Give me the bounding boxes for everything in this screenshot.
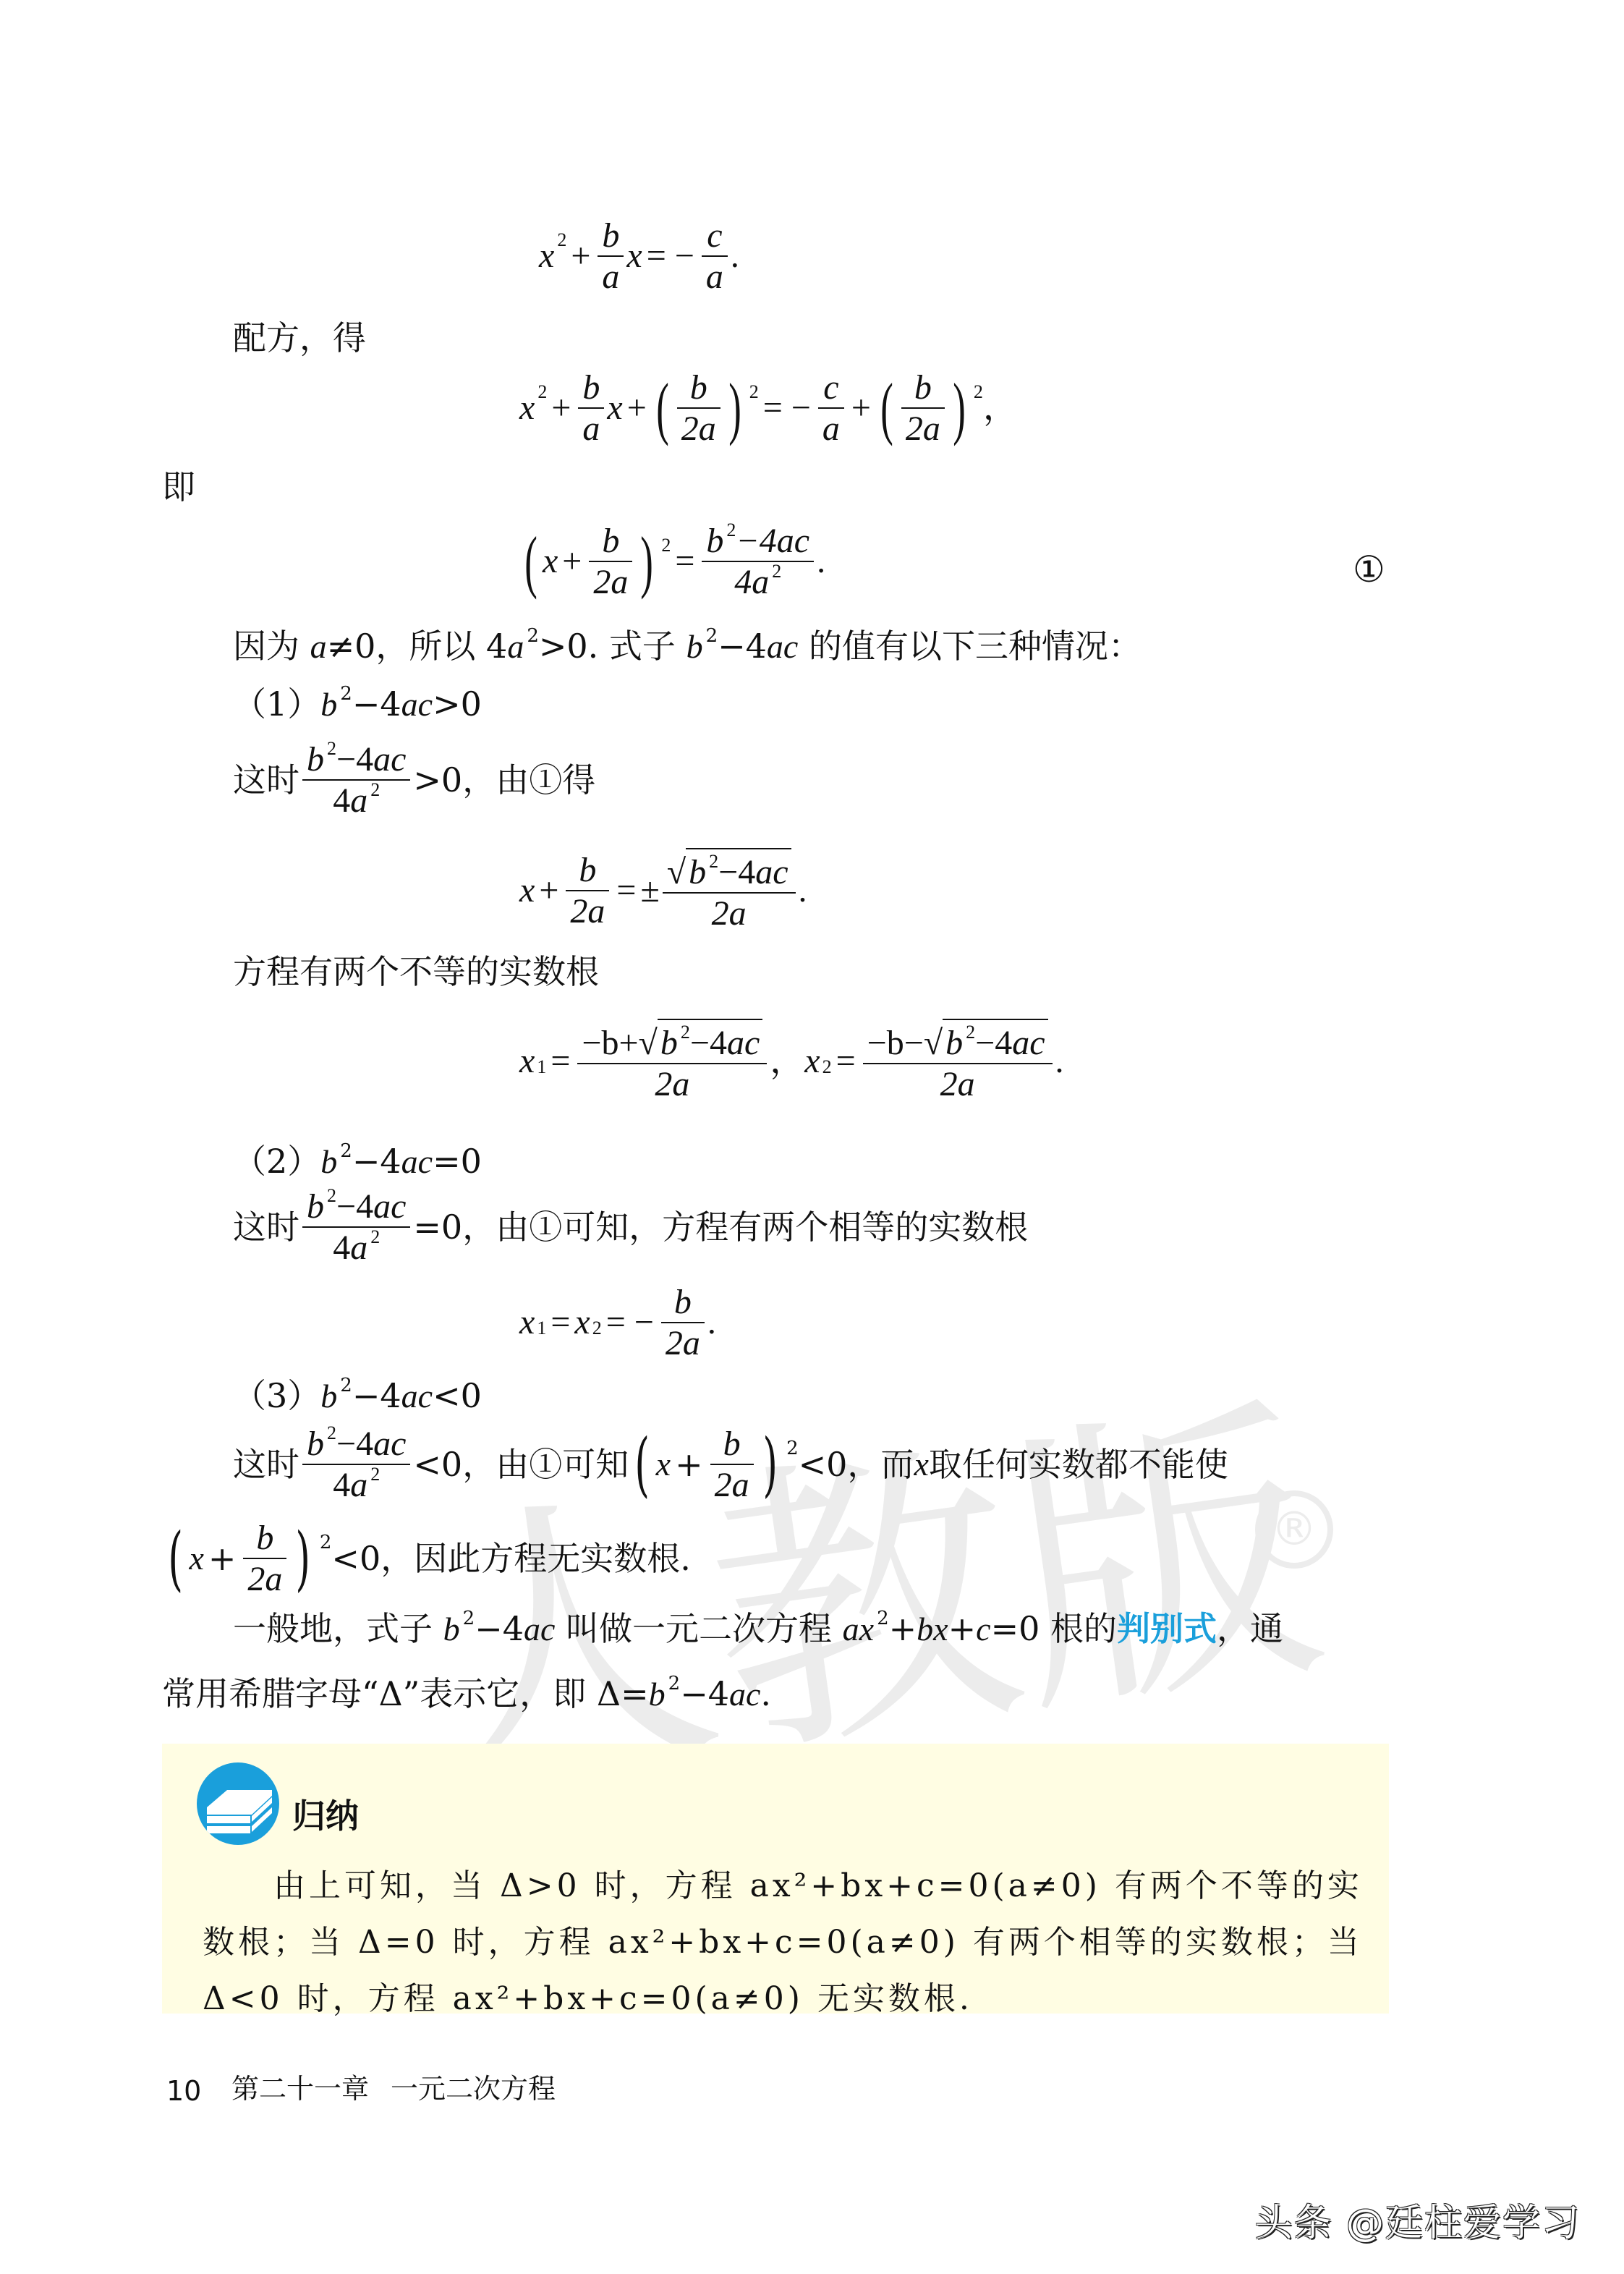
discriminant-definition: 一般地，式子 b2−4ac 叫做一元二次方程 ax2+bx+c=0 根的判别式，… [233, 1612, 1283, 1646]
completing-square-label: 配方，得 [233, 321, 366, 355]
case-1-then: 这时 b2−4ac4a2 >0，由①得 [233, 739, 595, 820]
case-1-equation: x+ b2a =± √b2−4ac 2a . [519, 848, 807, 933]
summary-title: 归纳 [292, 1790, 359, 1838]
case-3-conclusion: (x+ b2a )2 <0，因此方程无实数根. [162, 1518, 691, 1599]
case-1-conclusion: 方程有两个不等的实数根 [233, 955, 599, 988]
summary-line-3: Δ<0 时，方程 ax²+bx+c=0(a≠0) 无实数根. [203, 1972, 973, 2019]
summary-line-1: 由上可知，当 Δ>0 时，方程 ax²+bx+c=0(a≠0) 有两个不等的实 [273, 1859, 1363, 1906]
summary-line-2: 数根；当 Δ=0 时，方程 ax²+bx+c=0(a≠0) 有两个相等的实数根；… [203, 1916, 1363, 1962]
source-credit: 头条 @廷柱爱学习 [1254, 2192, 1581, 2247]
summary-box: 归纳 由上可知，当 Δ>0 时，方程 ax²+bx+c=0(a≠0) 有两个不等… [162, 1744, 1389, 2014]
term-discriminant: 判别式 [1117, 1609, 1217, 1648]
equation-divided: x2 + ba x = − ca . [539, 216, 739, 297]
because-statement: 因为 a≠0，所以 4a2>0. 式子 b2−4ac 的值有以下三种情况： [233, 629, 1142, 663]
equation-tag-one: ① [1353, 551, 1385, 587]
textbook-page: 人教版 ® x2 + ba x = − ca . 配方，得 x2 + ba x … [0, 0, 1624, 2274]
book-stack-icon [197, 1762, 279, 1845]
case-1-heading: （1）b2−4ac>0 [233, 687, 482, 721]
case-3-then: 这时 b2−4ac4a2 <0，由①可知 (x+ b2a )2 <0，而 x 取… [233, 1424, 1228, 1505]
chapter-title: 一元二次方程 [391, 2075, 556, 2103]
case-2-roots: x1= x2= − b2a . [519, 1282, 716, 1363]
case-1-roots: x1= −b+√b2−4ac 2a ， x2= −b−√b2−4ac 2a . [519, 1019, 1064, 1104]
page-number: 10 [166, 2075, 201, 2107]
equation-completed-square: x2 + ba x + ( b2a )2 =− ca + ( b2a )2 ， [519, 368, 1018, 449]
namely-label: 即 [162, 470, 195, 504]
case-2-heading: （2）b2−4ac=0 [233, 1145, 482, 1179]
chapter-label: 第二十一章 [231, 2075, 369, 2103]
registered-mark-icon: ® [1255, 1490, 1333, 1569]
case-3-heading: （3）b2−4ac<0 [233, 1379, 482, 1413]
discriminant-notation: 常用希腊字母“Δ”表示它，即 Δ=b2−4ac. [162, 1677, 771, 1711]
case-2-then: 这时 b2−4ac4a2 =0，由①可知，方程有两个相等的实数根 [233, 1187, 1028, 1268]
equation-one: ( x+ b2a )2 = b2−4ac 4a2 . [519, 521, 825, 602]
